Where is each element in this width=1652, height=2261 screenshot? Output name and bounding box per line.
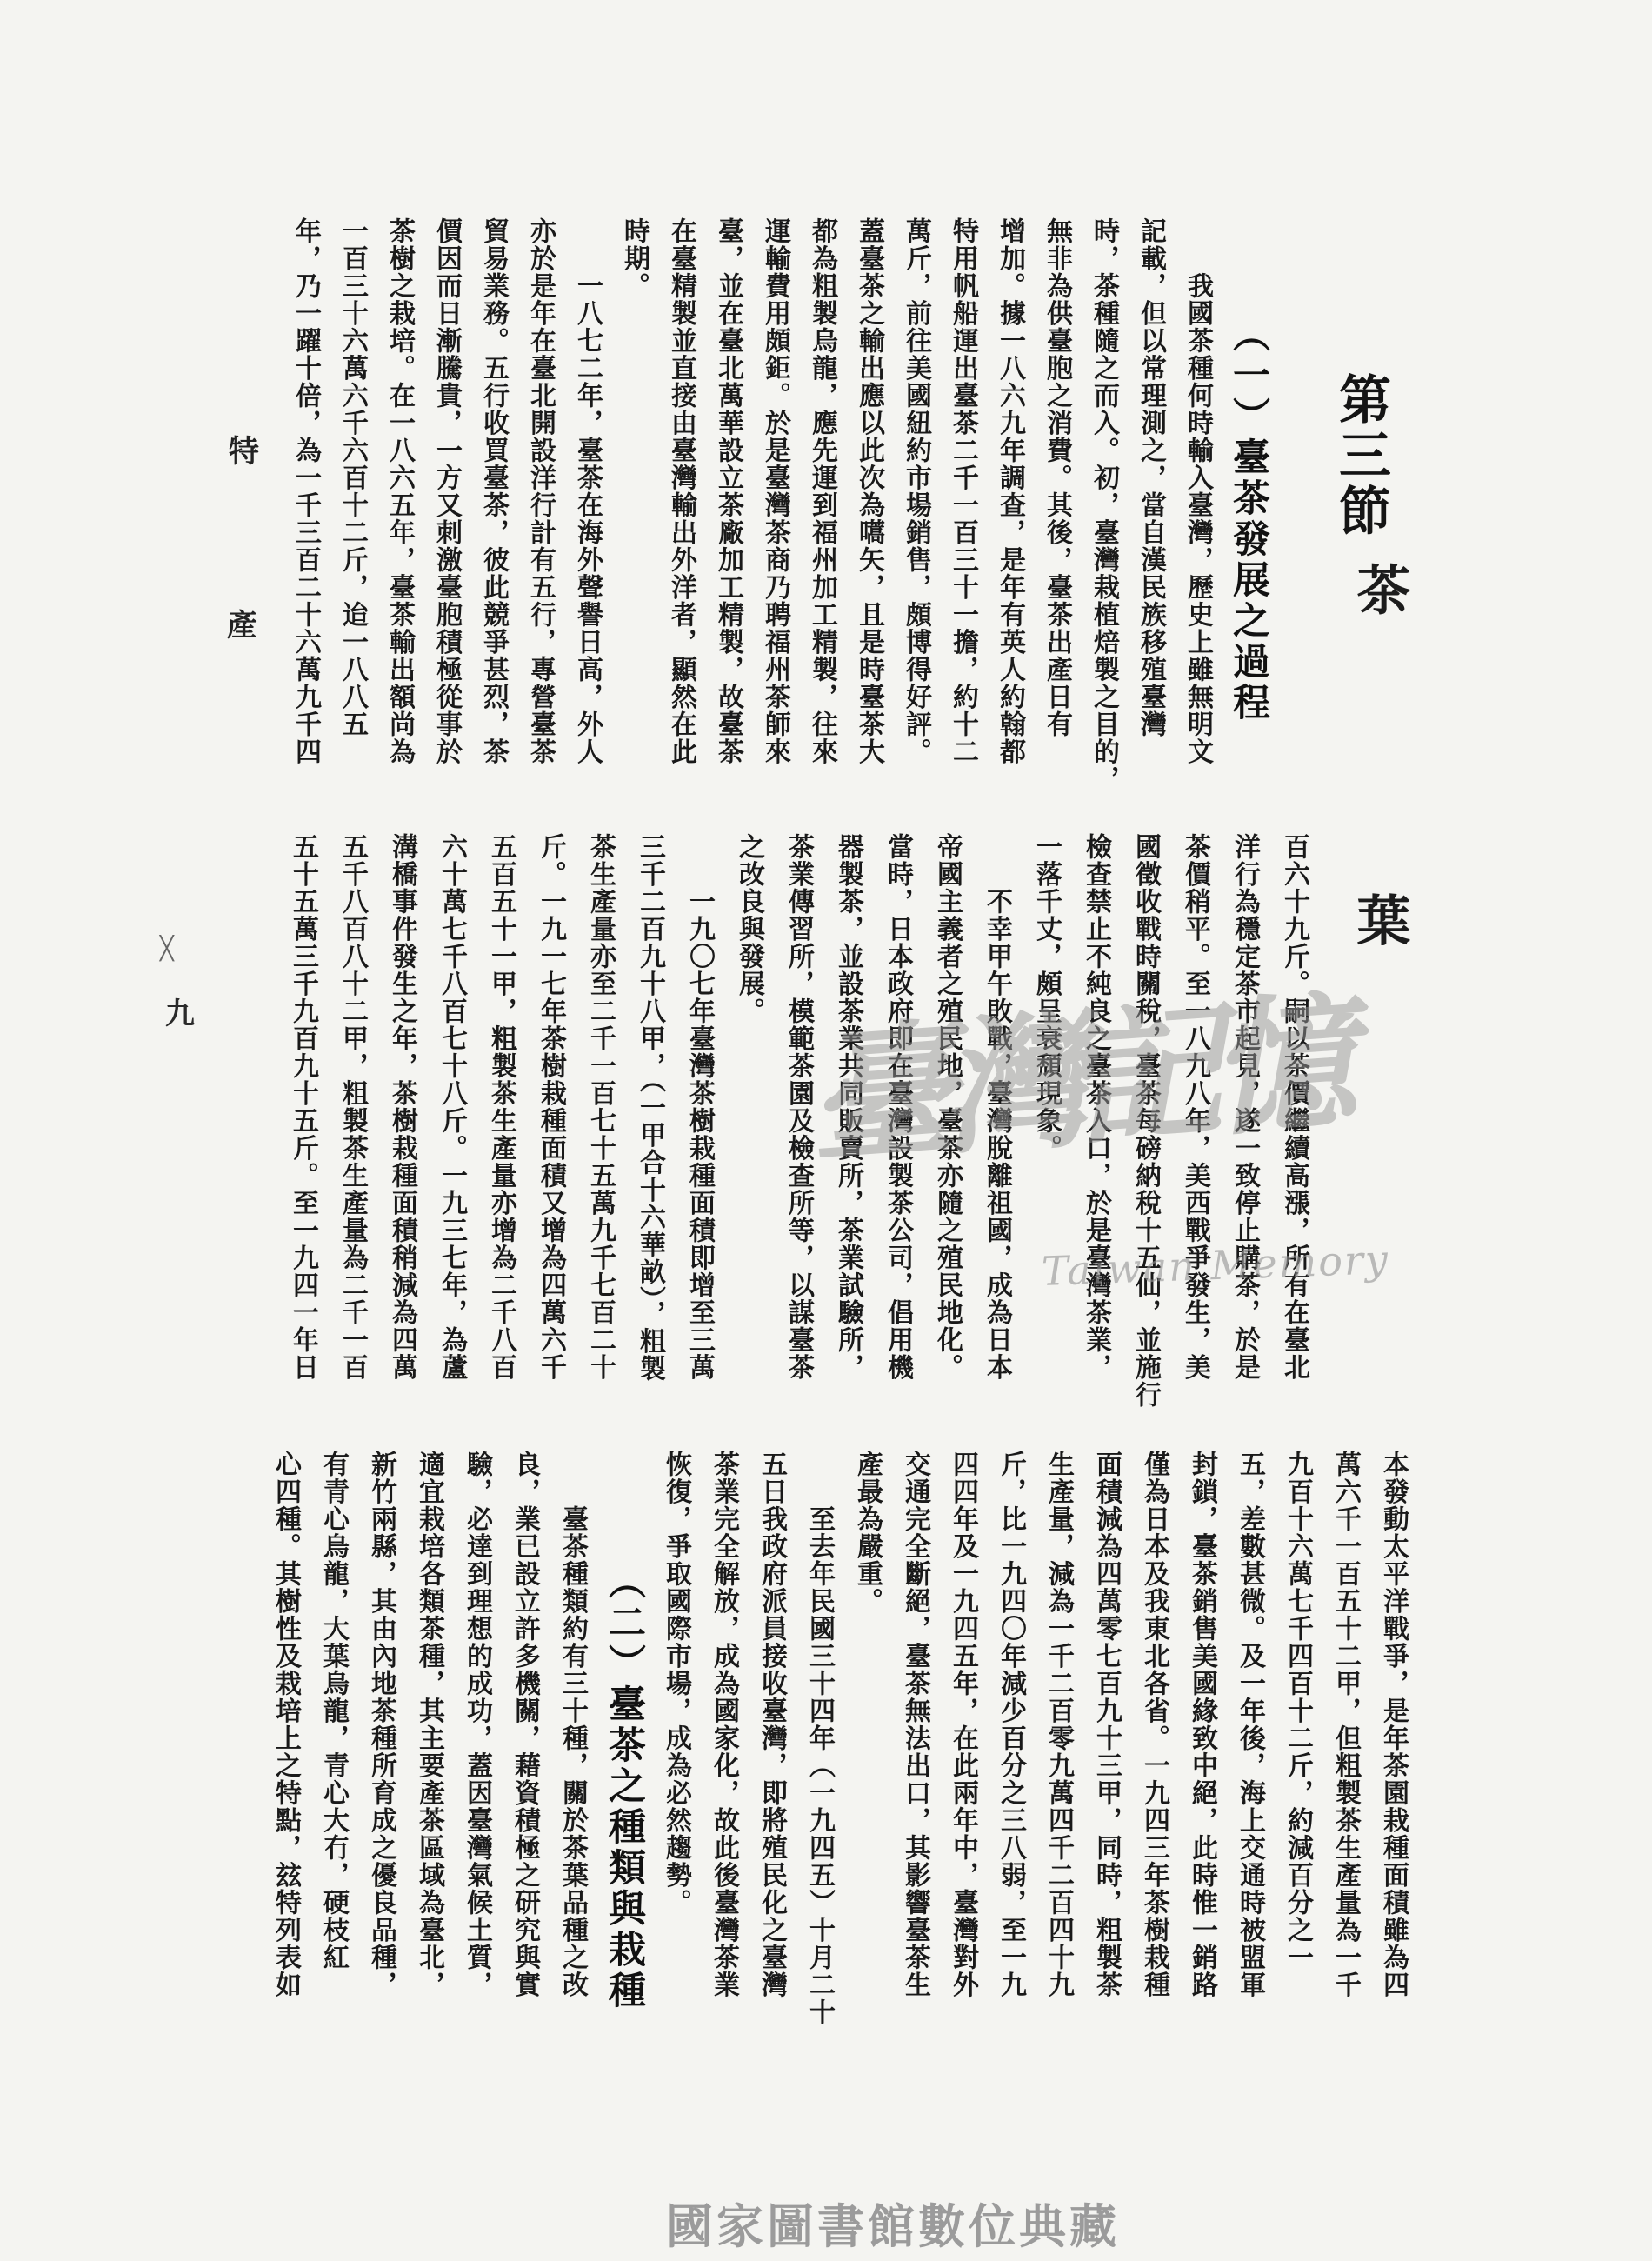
text-column: 茶樹之栽培。在一八六五年，臺茶輸出額尚為 — [376, 217, 423, 826]
text-column: 無非為供臺胞之消費。其後，臺茶出產日有 — [1033, 217, 1080, 826]
text-column: 至去年民國三十四年（一九四五）十月二十 — [796, 1451, 843, 2031]
text-column: 驗，必達到理想的成功，蓋因臺灣氣候土質， — [453, 1451, 501, 2031]
text-column: 五日我政府派員接收臺灣，即將殖民化之臺灣 — [748, 1451, 796, 2031]
text-column: 一百三十六萬六千六百十二斤，迨一八八五 — [329, 217, 376, 826]
margin-fold-mark: ╳ — [160, 936, 174, 962]
text-column: 茶業完全解放，成為國家化，故此後臺灣茶業 — [700, 1451, 748, 2031]
text-column: 臺茶種類約有三十種，關於茶葉品種之改 — [549, 1451, 596, 2031]
scanned-book-page: 第三節 茶 葉 （一）臺茶發展之過程我國茶種何時輸入臺灣，歷史上雖無明文記載，但… — [0, 0, 1652, 2261]
text-column: 之改良與發展。 — [724, 833, 774, 1423]
text-column: 亦於是年在臺北開設洋行計有五行，專營臺茶 — [516, 217, 563, 826]
text-column: 臺，並在臺北萬華設立茶廠加工精製，故臺茶 — [704, 217, 751, 826]
text-column: 茶生產量亦至二千一百七十五萬九千七百二十 — [576, 833, 625, 1423]
text-column: 產最為嚴重。 — [843, 1451, 891, 2031]
text-column: 記載，但以常理測之，當自漢民族移殖臺灣 — [1127, 217, 1174, 826]
text-column: 交通完全斷絕，臺茶無法出口，其影響臺茶生 — [891, 1451, 939, 2031]
text-column: 價因而日漸騰貴，一方又刺激臺胞積極從事於 — [423, 217, 470, 826]
text-column: 斤。一九一七年茶樹栽種面積又增為四萬六千 — [526, 833, 576, 1423]
text-column: 萬六千一百五十二甲，但粗製茶生產量為一千 — [1322, 1451, 1369, 2031]
margin-label-char-te: 特 — [229, 428, 259, 471]
text-column: 適宜栽培各類茶種，其主要產茶區域為臺北， — [405, 1451, 453, 2031]
archive-footer-caption: 國家圖書館數位典藏 — [666, 2190, 1120, 2257]
text-column: 在臺精製並直接由臺灣輸出外洋者，顯然在此 — [657, 217, 704, 826]
text-column: 運輸費用頗鉅。於是臺灣茶商乃聘福州茶師來 — [751, 217, 798, 826]
text-column: 新竹兩縣，其由內地茶種所育成之優良品種， — [357, 1451, 405, 2031]
text-column: 溝橋事件發生之年，茶樹栽種面積稍減為四萬 — [377, 833, 427, 1423]
text-column: 五十五萬三千九百九十五斤。至一九四一年日 — [278, 833, 328, 1423]
text-column: 面積減為四萬零七百九十三甲，同時，粗製茶 — [1082, 1451, 1130, 2031]
text-column: 六十萬七千八百七十八斤。一九三七年，為蘆 — [427, 833, 476, 1423]
subsection-heading-column: （一）臺茶發展之過程 — [1221, 217, 1276, 826]
text-column: 特用帆船運出臺茶二千一百三十一擔，約十二 — [939, 217, 986, 826]
register-3: 本發動太平洋戰爭，是年茶園栽種面積雖為四萬六千一百五十二甲，但粗製茶生產量為一千… — [268, 1451, 1417, 2031]
section-heading: 第三節 — [1337, 372, 1398, 981]
text-column: 恢復，爭取國際市場，成為必然趨勢。 — [652, 1451, 700, 2031]
page-number: 九 — [165, 990, 195, 1032]
text-column: 年，乃一躍十倍，為一千三百二十六萬九千四 — [282, 217, 329, 826]
text-column: 時期。 — [610, 217, 657, 826]
text-column: 一九〇七年臺灣茶樹栽種面積即增至三萬 — [675, 833, 724, 1423]
section-heading-char-tea: 茶 — [1341, 562, 1418, 616]
text-column: 斤，比一九四〇年減少百分之三八弱，至一九 — [987, 1451, 1035, 2031]
text-column: 生產量，減為一千二百零九萬四千二百四十九 — [1035, 1451, 1082, 2031]
text-column: 三千二百九十八甲，（一甲合十六華畝），粗製 — [625, 833, 675, 1423]
text-column: 良，業已設立許多機關，藉資積極之研究與實 — [501, 1451, 549, 2031]
text-column: 都為粗製烏龍，應先運到福州加工精製，往來 — [798, 217, 845, 826]
text-column: 蓋臺茶之輸出應以此次為嚆矢，且是時臺茶大 — [845, 217, 892, 826]
text-column: 本發動太平洋戰爭，是年茶園栽種面積雖為四 — [1369, 1451, 1417, 2031]
taiwan-memory-watermark-cjk: 臺灣記憶 — [800, 944, 1378, 1193]
register-1: （一）臺茶發展之過程我國茶種何時輸入臺灣，歷史上雖無明文記載，但以常理測之，當自… — [276, 217, 1276, 826]
text-column: 增加。據一八六九年調查，是年有英人約翰都 — [986, 217, 1033, 826]
text-column: 僅為日本及我東北各省。一九四三年茶樹栽種 — [1130, 1451, 1178, 2031]
subsection-heading-column: （二）臺茶之種類與栽種 — [596, 1451, 652, 2031]
text-column: 時，茶種隨之而入。初，臺灣栽植焙製之目的， — [1080, 217, 1127, 826]
section-heading-char-leaf: 葉 — [1341, 892, 1418, 946]
text-column: 五，差數甚微。及一年後，海上交通時被盟軍 — [1226, 1451, 1274, 2031]
text-column: 四四年及一九四五年，在此兩年中，臺灣對外 — [939, 1451, 987, 2031]
text-column: 有青心烏龍，大葉烏龍，青心大冇，硬枝紅 — [310, 1451, 357, 2031]
text-column: 五千八百八十二甲，粗製茶生產量為二千一百 — [328, 833, 377, 1423]
text-column: 萬斤，前往美國紐約市場銷售，頗博得好評。 — [892, 217, 939, 826]
margin-label-char-chan: 產 — [227, 602, 257, 645]
text-column: 九百十六萬七千四百十二斤，約減百分之一 — [1274, 1451, 1322, 2031]
text-column: 一八七二年，臺茶在海外聲譽日高，外人 — [563, 217, 610, 826]
text-column: 貿易業務。五行收買臺茶，彼此競爭甚烈，茶 — [470, 217, 516, 826]
text-column: 我國茶種何時輸入臺灣，歷史上雖無明文 — [1174, 217, 1221, 826]
text-column: 五百五十一甲，粗製茶生產量亦增為二千八百 — [476, 833, 526, 1423]
text-column: 心四種。其樹性及栽培上之特點，玆特列表如 — [262, 1451, 310, 2031]
section-heading-label: 第三節 — [1330, 372, 1391, 539]
text-column: 封鎖，臺茶銷售美國緣致中絕，此時惟一銷路 — [1178, 1451, 1226, 2031]
